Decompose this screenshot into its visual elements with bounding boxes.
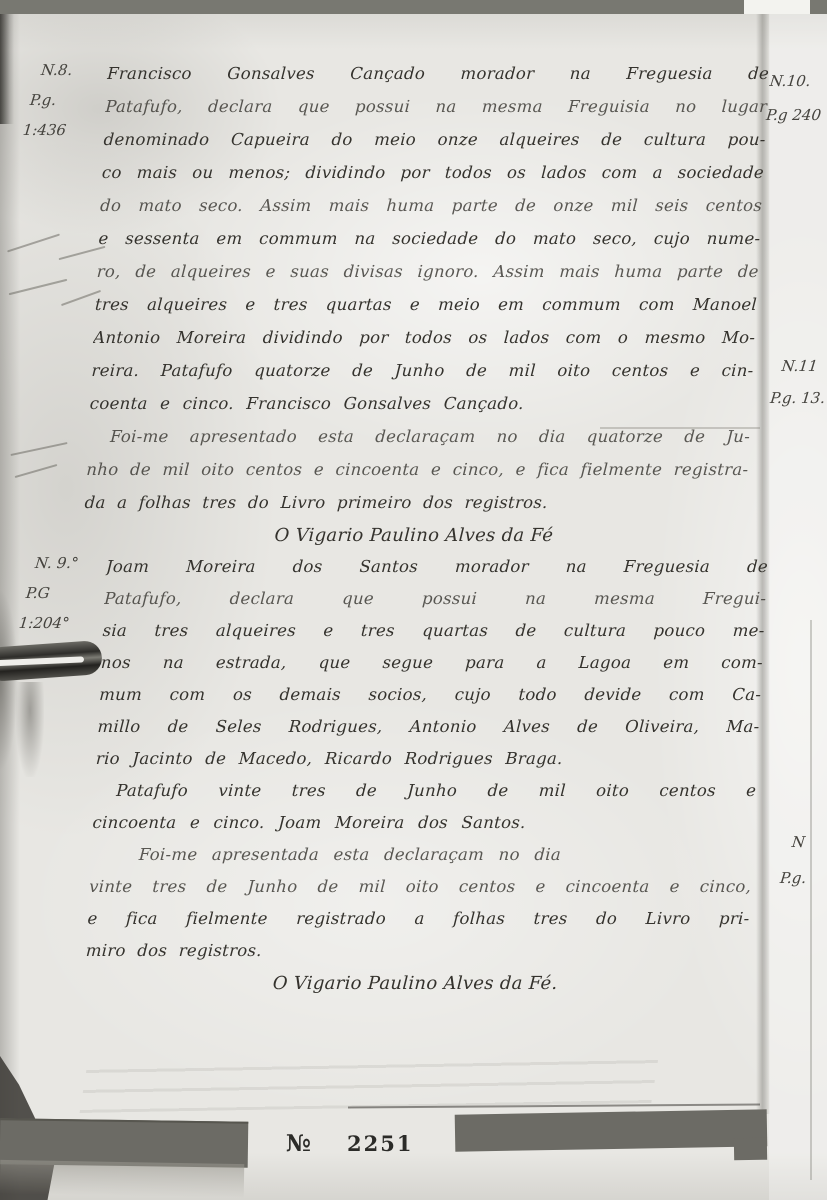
- manuscript-line: coenta e cinco. Francisco Gonsalves Canç…: [89, 387, 753, 420]
- manuscript-line: denominado Capueira do meio onze alqueir…: [103, 123, 767, 156]
- manuscript-line: nos na estrada, que segue para a Lagoa e…: [100, 647, 764, 679]
- page-ref: P.g. 13.: [769, 382, 827, 414]
- page-ref: P.g.: [778, 860, 808, 896]
- folio-ref: 1:204°: [17, 608, 74, 638]
- manuscript-line: reira. Patafufo quatorze de Junho de mil…: [91, 354, 755, 387]
- declaration-entry-1: Francisco Gonsalves Cançado morador na F…: [82, 57, 770, 553]
- manuscript-line: Francisco Gonsalves Cançado morador na F…: [106, 57, 770, 90]
- number-stamp: № 2251: [286, 1130, 413, 1157]
- left-edge-dark-strip: [0, 14, 14, 124]
- manuscript-line: ro, de alqueires e suas divisas ignoro. …: [96, 255, 760, 288]
- manuscript-line: vinte tres de Junho de mil oito centos e…: [88, 871, 752, 903]
- manuscript-line: Patafufo, declara que possui na mesma Fr…: [103, 583, 767, 615]
- page-ref: P.g 240: [764, 98, 822, 132]
- vicar-signature: O Vigario Paulino Alves da Fé: [82, 519, 746, 553]
- vicar-signature: O Vigario Paulino Alves da Fé.: [83, 967, 747, 1001]
- page-edge-line: [810, 620, 812, 1180]
- manuscript-line: da a folhas tres do Livro primeiro dos r…: [84, 486, 748, 519]
- manuscript-line: Patafufo vinte tres de Junho de mil oito…: [93, 775, 757, 807]
- margin-note-entry10: N.10. P.g 240: [764, 64, 826, 132]
- margin-note-entry11: N.11 P.g. 13.: [769, 350, 827, 414]
- manuscript-line: Foi-me apresentado esta declaraçam no di…: [87, 420, 751, 453]
- top-right-paper-corner: [744, 0, 810, 14]
- manuscript-line: do mato seco. Assim mais huma parte de o…: [99, 189, 763, 222]
- folio-ref: 1:436: [21, 115, 67, 145]
- declaration-entry-2: Joam Moreira dos Santos morador na Fregu…: [83, 551, 769, 1001]
- manuscript-line: millo de Seles Rodrigues, Antonio Alves …: [97, 711, 761, 743]
- manuscript-line: Foi-me apresentada esta declaraçam no di…: [90, 839, 754, 871]
- stamp-number: 2251: [347, 1131, 413, 1156]
- manuscript-line: sia tres alqueires e tres quartas de cul…: [102, 615, 766, 647]
- margin-note-entry9: N. 9.° P.G 1:204°: [17, 548, 80, 638]
- page-ref: P.g.: [24, 85, 70, 115]
- bottom-right-bar-step: [734, 1138, 767, 1161]
- manuscript-line: co mais ou menos; dividindo por todos os…: [101, 156, 765, 189]
- entry-number: N: [782, 824, 812, 860]
- manuscript-line: tres alqueires e tres quartas e meio em …: [94, 288, 758, 321]
- manuscript-line: Patafufo, declara que possui na mesma Fr…: [105, 90, 769, 123]
- adjacent-page-edge: [769, 14, 827, 1200]
- manuscript-line: miro dos registros.: [85, 935, 749, 967]
- entry-number: N.11: [772, 350, 827, 382]
- manuscript-line: cincoenta e cinco. Joam Moreira dos Sant…: [92, 807, 756, 839]
- manuscript-line: mum com os demais socios, cujo todo devi…: [98, 679, 762, 711]
- document-scan: N.8. P.g. 1:436 N. 9.° P.G 1:204° N.10. …: [0, 0, 827, 1200]
- entry-number: N. 9.°: [24, 548, 81, 578]
- paperclip-highlight: [0, 656, 84, 666]
- manuscript-line: e sessenta em commum na sociedade do mat…: [98, 222, 762, 255]
- paperclip-shadow: [16, 682, 44, 777]
- entry-number: N.8.: [28, 55, 74, 85]
- manuscript-line: Antonio Moreira dividindo por todos os l…: [92, 321, 756, 354]
- ink-bleed-ghost-text: [80, 1045, 661, 1113]
- manuscript-line: nho de mil oito centos e cincoenta e cin…: [86, 453, 750, 486]
- bottom-left-bar-fade: [0, 1160, 244, 1198]
- page-ref: P.G: [20, 578, 77, 608]
- manuscript-line: e fica fielmente registrado a folhas tre…: [87, 903, 751, 935]
- manuscript-line: Joam Moreira dos Santos morador na Fregu…: [105, 551, 769, 583]
- manuscript-line: rio Jacinto de Macedo, Ricardo Rodrigues…: [95, 743, 759, 775]
- entry-number: N.10.: [768, 64, 826, 98]
- bottom-right-gray-bar: [455, 1109, 768, 1151]
- numero-symbol: №: [286, 1130, 311, 1157]
